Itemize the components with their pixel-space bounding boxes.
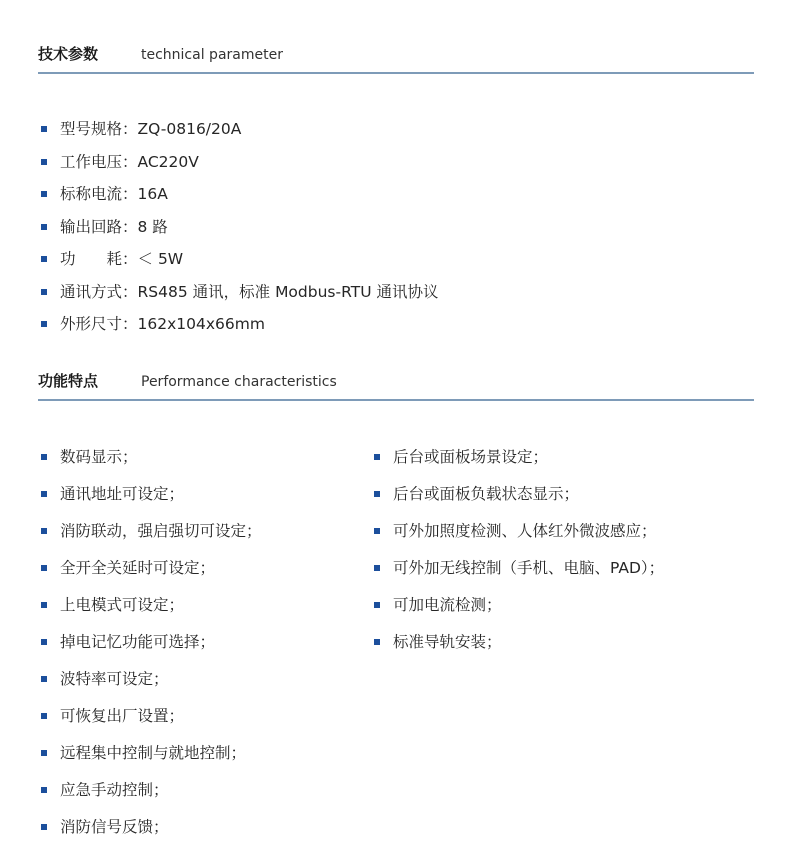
param-label: 外形尺寸： (60, 315, 138, 333)
features-list-right: 后台或面板场景设定； 后台或面板负载状态显示； 可外加照度检测、人体红外微波感应… (371, 446, 664, 668)
param-item-communication: 通讯方式：RS485 通讯，标准 Modbus-RTU 通讯协议 (38, 281, 438, 314)
param-label: 输出回路： (60, 218, 138, 236)
bullet-square-icon (41, 824, 47, 830)
feature-item: 可恢复出厂设置； (38, 705, 262, 742)
param-item-power: 功 耗：＜ 5W (38, 248, 438, 281)
feature-text: 全开全关延时可设定； (60, 559, 215, 577)
feature-text: 波特率可设定； (60, 670, 169, 688)
feature-item: 后台或面板场景设定； (371, 446, 664, 483)
feature-text: 标准导轨安装； (393, 633, 502, 651)
feature-text: 可恢复出厂设置； (60, 707, 184, 725)
bullet-square-icon (374, 491, 380, 497)
param-value: 162x104x66mm (138, 315, 265, 333)
feature-item: 消防信号反馈； (38, 816, 262, 853)
technical-parameter-list: 型号规格：ZQ-0816/20A 工作电压：AC220V 标称电流：16A 输出… (38, 118, 438, 346)
feature-text: 数码显示； (60, 448, 138, 466)
feature-item: 通讯地址可设定； (38, 483, 262, 520)
technical-title-en: technical parameter (141, 44, 283, 66)
feature-item: 数码显示； (38, 446, 262, 483)
feature-text: 应急手动控制； (60, 781, 169, 799)
bullet-square-icon (41, 256, 47, 262)
bullet-square-icon (374, 454, 380, 460)
feature-text: 消防联动，强启强切可设定； (60, 522, 262, 540)
feature-text: 可外加照度检测、人体红外微波感应； (393, 522, 657, 540)
bullet-square-icon (41, 528, 47, 534)
param-item-current: 标称电流：16A (38, 183, 438, 216)
param-value: RS485 通讯，标准 Modbus-RTU 通讯协议 (138, 283, 439, 301)
bullet-square-icon (374, 639, 380, 645)
param-value: 8 路 (138, 218, 168, 236)
param-item-circuits: 输出回路：8 路 (38, 216, 438, 249)
feature-text: 后台或面板场景设定； (393, 448, 548, 466)
param-label: 通讯方式： (60, 283, 138, 301)
section-divider (38, 72, 754, 74)
feature-item: 可加电流检测； (371, 594, 664, 631)
param-label: 功 耗： (60, 250, 138, 268)
feature-text: 远程集中控制与就地控制； (60, 744, 246, 762)
bullet-square-icon (41, 787, 47, 793)
param-value: AC220V (138, 153, 199, 171)
features-title-cn: 功能特点 (38, 370, 98, 392)
feature-text: 通讯地址可设定； (60, 485, 184, 503)
features-section-header: 功能特点 Performance characteristics (38, 370, 754, 400)
param-value: 16A (138, 185, 168, 203)
feature-text: 上电模式可设定； (60, 596, 184, 614)
param-item-voltage: 工作电压：AC220V (38, 151, 438, 184)
features-title-en: Performance characteristics (141, 371, 337, 393)
bullet-square-icon (41, 224, 47, 230)
feature-text: 可外加无线控制（手机、电脑、PAD）； (393, 559, 664, 577)
bullet-square-icon (41, 159, 47, 165)
bullet-square-icon (41, 676, 47, 682)
bullet-square-icon (41, 126, 47, 132)
param-item-model: 型号规格：ZQ-0816/20A (38, 118, 438, 151)
feature-item: 应急手动控制； (38, 779, 262, 816)
feature-text: 掉电记忆功能可选择； (60, 633, 215, 651)
bullet-square-icon (374, 602, 380, 608)
technical-title-cn: 技术参数 (38, 43, 98, 65)
bullet-square-icon (41, 454, 47, 460)
param-label: 工作电压： (60, 153, 138, 171)
param-value: ZQ-0816/20A (138, 120, 242, 138)
feature-item: 消防联动，强启强切可设定； (38, 520, 262, 557)
technical-section-header: 技术参数 technical parameter (38, 43, 754, 73)
section-divider (38, 399, 754, 401)
feature-item: 掉电记忆功能可选择； (38, 631, 262, 668)
param-label: 型号规格： (60, 120, 138, 138)
features-list-left: 数码显示； 通讯地址可设定； 消防联动，强启强切可设定； 全开全关延时可设定； … (38, 446, 262, 853)
feature-item: 远程集中控制与就地控制； (38, 742, 262, 779)
param-label: 标称电流： (60, 185, 138, 203)
bullet-square-icon (374, 565, 380, 571)
feature-text: 可加电流检测； (393, 596, 502, 614)
bullet-square-icon (41, 602, 47, 608)
param-item-dimensions: 外形尺寸：162x104x66mm (38, 313, 438, 346)
feature-item: 波特率可设定； (38, 668, 262, 705)
bullet-square-icon (41, 639, 47, 645)
feature-item: 可外加照度检测、人体红外微波感应； (371, 520, 664, 557)
feature-item: 可外加无线控制（手机、电脑、PAD）； (371, 557, 664, 594)
bullet-square-icon (41, 289, 47, 295)
bullet-square-icon (41, 321, 47, 327)
bullet-square-icon (41, 491, 47, 497)
param-value: ＜ 5W (138, 250, 184, 268)
bullet-square-icon (374, 528, 380, 534)
bullet-square-icon (41, 750, 47, 756)
bullet-square-icon (41, 191, 47, 197)
feature-item: 全开全关延时可设定； (38, 557, 262, 594)
feature-item: 上电模式可设定； (38, 594, 262, 631)
feature-text: 后台或面板负载状态显示； (393, 485, 579, 503)
feature-item: 标准导轨安装； (371, 631, 664, 668)
feature-text: 消防信号反馈； (60, 818, 169, 836)
feature-item: 后台或面板负载状态显示； (371, 483, 664, 520)
bullet-square-icon (41, 713, 47, 719)
bullet-square-icon (41, 565, 47, 571)
